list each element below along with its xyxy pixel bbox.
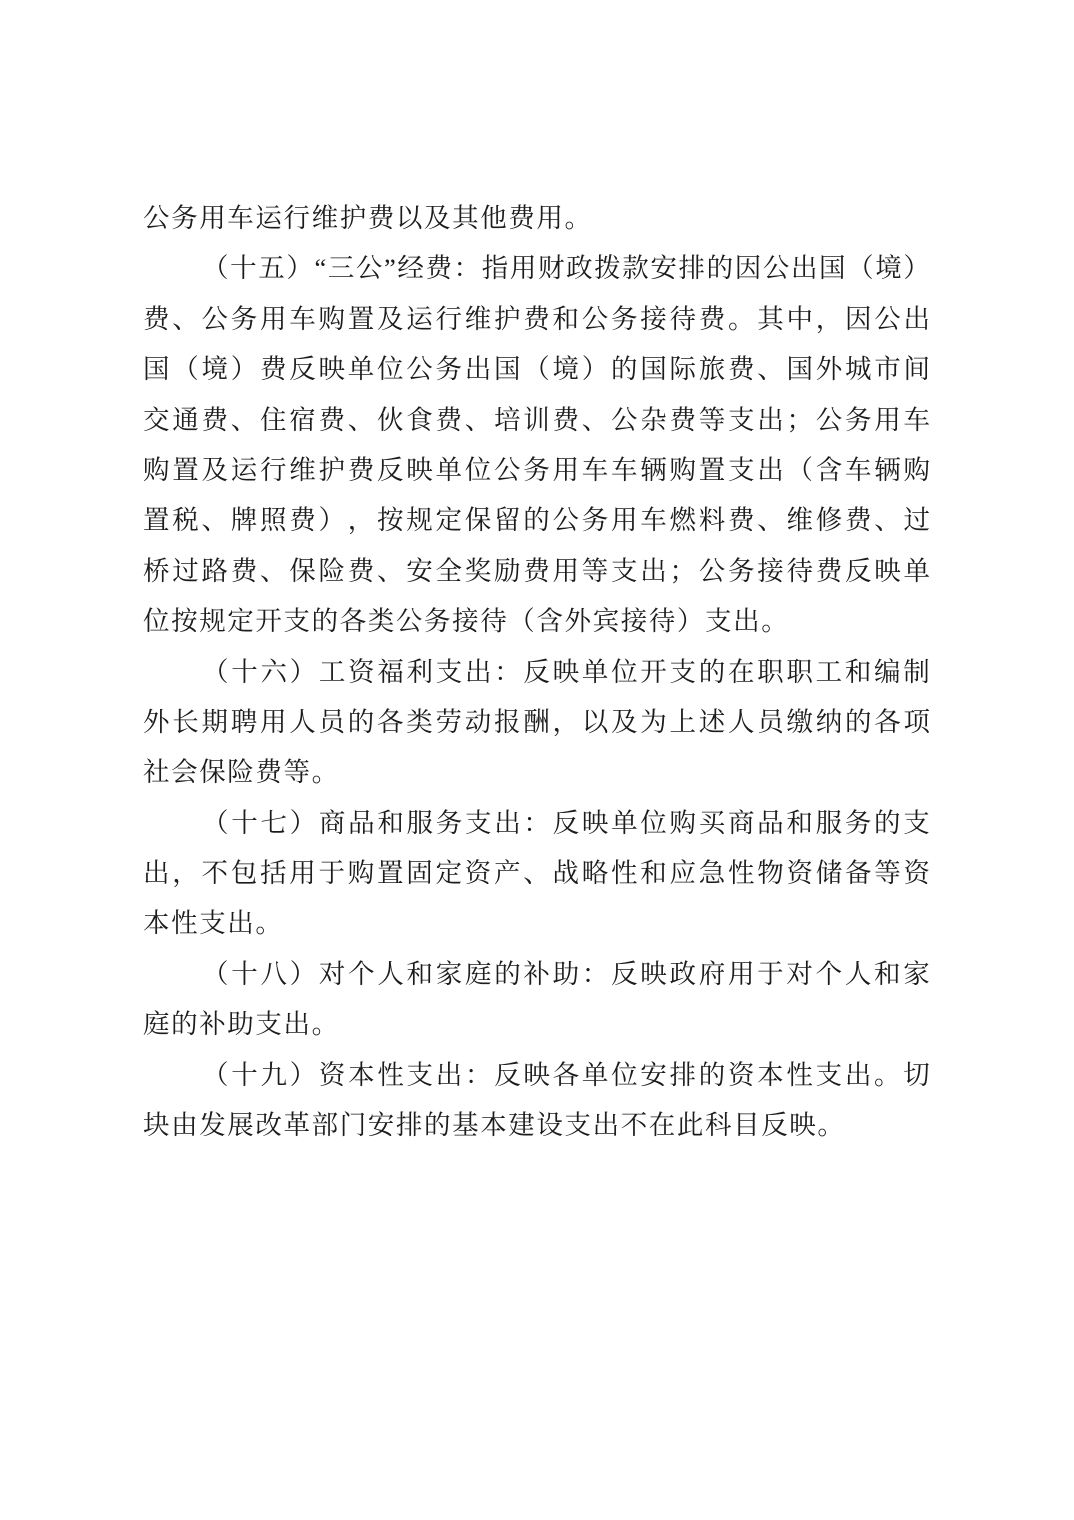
text-char: 个: [348, 949, 375, 999]
text-char: （: [172, 344, 199, 394]
text-char: 务: [436, 798, 463, 848]
text-char: 接: [757, 546, 784, 596]
text-char: 及: [611, 697, 638, 747]
text-char: ，: [553, 697, 580, 747]
text-char: （: [787, 445, 814, 495]
text-char: 、: [757, 495, 784, 545]
text-char: 反: [611, 949, 638, 999]
text-char: 购: [348, 848, 375, 898]
text-char: 护: [494, 294, 521, 344]
text-char: 反: [494, 1050, 521, 1100]
text-char: 安: [406, 546, 433, 596]
text-char: 以: [582, 697, 609, 747]
text-char: 八: [260, 949, 287, 999]
text-char: 住: [260, 395, 287, 445]
text-char: 包: [231, 848, 258, 898]
text-char: 购: [670, 798, 697, 848]
text-char: 保: [465, 495, 492, 545]
text-char: 过: [172, 546, 199, 596]
text-char: 支: [611, 546, 638, 596]
text-char: 位: [640, 798, 667, 848]
text-char: 置: [699, 445, 726, 495]
text-char: 府: [699, 949, 726, 999]
text-char: 家: [436, 949, 463, 999]
text-char: 安: [640, 1050, 667, 1100]
text-char: 出: [465, 647, 492, 697]
text-line: 交通费、住宿费、伙食费、培训费、公杂费等支出；公务用车: [143, 395, 930, 445]
text-line: 费、公务用车购置及运行维护费和公务接待费。其中，因公出: [143, 294, 930, 344]
text-char: 牌: [231, 495, 258, 545]
text-char: 用: [260, 697, 287, 747]
text-char: 应: [670, 848, 697, 898]
text-char: 长: [172, 697, 199, 747]
text-char: 用: [553, 445, 580, 495]
text-char: 、: [172, 294, 199, 344]
text-char: 期: [202, 697, 229, 747]
text-char: 费: [728, 495, 755, 545]
text-char: 奖: [465, 546, 492, 596]
text-line: 位按规定开支的各类公务接待（含外宾接待）支出。: [143, 596, 930, 646]
text-char: ，: [172, 848, 199, 898]
text-char: 费: [699, 294, 726, 344]
text-char: 单: [904, 546, 931, 596]
text-char: 用: [874, 395, 901, 445]
text-char: 不: [202, 848, 229, 898]
text-char: 聘: [231, 697, 258, 747]
text-char: 照: [260, 495, 287, 545]
text-char: 类: [406, 697, 433, 747]
text-char: 等: [699, 395, 726, 445]
text-char: 务: [611, 294, 638, 344]
text-char: 利: [407, 647, 434, 697]
text-char: 人: [845, 949, 872, 999]
text-char: 动: [465, 697, 492, 747]
text-char: 公: [582, 294, 609, 344]
text-char: ：: [494, 647, 521, 697]
text-char: 定: [436, 848, 463, 898]
text-char: ）: [290, 1050, 317, 1100]
text-char: 维: [465, 294, 492, 344]
text-char: 为: [640, 697, 667, 747]
text-char: 各: [553, 1050, 580, 1100]
text-char: 的: [699, 647, 726, 697]
text-char: 人: [728, 697, 755, 747]
text-char: 个: [816, 949, 843, 999]
text-char: 费: [523, 294, 550, 344]
text-char: 反: [553, 798, 580, 848]
text-char: 服: [407, 798, 434, 848]
text-char: 费: [436, 395, 463, 445]
text-char: 十: [231, 798, 258, 848]
text-char: 市: [874, 344, 901, 394]
text-char: 反: [289, 344, 316, 394]
text-char: 安: [650, 243, 677, 293]
text-char: 维: [289, 445, 316, 495]
text-char: 战: [553, 848, 580, 898]
text-char: 括: [260, 848, 287, 898]
text-char: 费: [553, 395, 580, 445]
text-char: 料: [699, 495, 726, 545]
text-char: 杂: [640, 395, 667, 445]
text-line: 桥过路费、保险费、安全奖励费用等支出；公务接待费反映单: [143, 546, 930, 596]
text-char: 务: [845, 395, 872, 445]
text-char: 六: [260, 647, 287, 697]
text-line: 出，不包括用于购置固定资产、战略性和应急性物资储备等资: [143, 848, 930, 898]
text-line: （十五）“三公”经费：指用财政拨款安排的因公出国（境）: [143, 243, 930, 293]
text-char: 出: [143, 848, 170, 898]
text-char: 用: [510, 243, 537, 293]
text-char: 商: [319, 798, 346, 848]
text-char: 费: [523, 546, 550, 596]
text-char: 公: [406, 344, 433, 394]
text-char: 国: [494, 344, 521, 394]
text-char: 支: [436, 647, 463, 697]
text-char: 职: [757, 647, 784, 697]
text-char: 费: [289, 495, 316, 545]
text-char: 报: [494, 697, 521, 747]
text-line: 外长期聘用人员的各类劳动报酬，以及为上述人员缴纳的各项: [143, 697, 930, 747]
text-char: 单: [611, 798, 638, 848]
text-char: 公: [816, 395, 843, 445]
text-char: 培: [494, 395, 521, 445]
text-char: 费: [728, 344, 755, 394]
text-char: 劳: [436, 697, 463, 747]
text-char: ）: [582, 344, 609, 394]
text-char: 和: [874, 949, 901, 999]
text-char: 出: [494, 798, 521, 848]
text-char: 、: [582, 395, 609, 445]
text-char: 员: [319, 697, 346, 747]
text-char: 和: [640, 848, 667, 898]
text-char: 燃: [670, 495, 697, 545]
text-char: 公: [699, 546, 726, 596]
text-char: 务: [523, 445, 550, 495]
text-line: （十八）对个人和家庭的补助：反映政府用于对个人和家: [143, 949, 930, 999]
text-char: ：: [454, 243, 481, 293]
text-char: 公: [874, 294, 901, 344]
text-char: 务: [231, 294, 258, 344]
text-char: 其: [757, 294, 784, 344]
text-char: 五: [258, 243, 285, 293]
text-char: ：: [465, 1050, 492, 1100]
text-char: 购: [670, 445, 697, 495]
text-char: 用: [611, 495, 638, 545]
text-char: 间: [904, 344, 931, 394]
text-char: 编: [874, 647, 901, 697]
text-char: （: [202, 1050, 229, 1100]
text-char: 十: [231, 1050, 258, 1100]
text-char: 和: [786, 798, 813, 848]
text-char: 、: [231, 395, 258, 445]
text-char: 十: [231, 647, 258, 697]
text-char: ）: [290, 798, 317, 848]
text-char: 务: [728, 546, 755, 596]
text-char: 。: [874, 1050, 901, 1100]
text-char: 宿: [289, 395, 316, 445]
text-char: 的: [611, 344, 638, 394]
text-char: 对: [786, 949, 813, 999]
text-char: 车: [904, 395, 931, 445]
text-char: 助: [553, 949, 580, 999]
text-char: 际: [670, 344, 697, 394]
text-char: 训: [523, 395, 550, 445]
text-char: 励: [494, 546, 521, 596]
text-char: ）: [290, 647, 317, 697]
text-char: （: [202, 798, 229, 848]
document-body: 公务用车运行维护费以及其他费用。（十五）“三公”经费：指用财政拨款安排的因公出国…: [143, 193, 930, 1150]
text-char: 维: [787, 495, 814, 545]
text-char: 资: [319, 1050, 346, 1100]
text-char: 反: [377, 445, 404, 495]
text-char: 资: [728, 1050, 755, 1100]
text-char: 置: [348, 294, 375, 344]
text-char: 略: [582, 848, 609, 898]
text-line: 国（境）费反映单位公务出国（境）的国际旅费、国外城市间: [143, 344, 930, 394]
text-char: 的: [845, 697, 872, 747]
text-line: （十七）商品和服务支出：反映单位购买商品和服务的支: [143, 798, 930, 848]
text-char: 支: [407, 1050, 434, 1100]
text-char: 反: [845, 546, 872, 596]
text-char: 出: [904, 294, 931, 344]
text-char: 费: [231, 546, 258, 596]
text-char: 费: [143, 294, 170, 344]
text-char: 用: [260, 294, 287, 344]
text-char: 映: [406, 445, 433, 495]
text-char: 中: [787, 294, 814, 344]
text-char: 对: [319, 949, 346, 999]
text-char: 务: [845, 798, 872, 848]
text-char: 通: [172, 395, 199, 445]
text-char: 费: [319, 395, 346, 445]
text-char: 费: [348, 546, 375, 596]
text-char: 补: [523, 949, 550, 999]
text-char: 性: [728, 848, 755, 898]
text-char: 规: [406, 495, 433, 545]
text-char: 车: [611, 445, 638, 495]
text-char: 急: [699, 848, 726, 898]
text-char: 购: [143, 445, 170, 495]
text-char: 等: [874, 848, 901, 898]
text-char: （: [523, 344, 550, 394]
text-char: 、: [465, 395, 492, 445]
text-char: 家: [903, 949, 930, 999]
text-char: 十: [231, 949, 258, 999]
text-line: 置税、牌照费），按规定保留的公务用车燃料费、维修费、过: [143, 495, 930, 545]
text-char: 各: [874, 697, 901, 747]
text-char: 和: [407, 949, 434, 999]
text-char: 工: [816, 647, 843, 697]
text-char: 的: [523, 495, 550, 545]
text-char: 职: [786, 647, 813, 697]
text-char: 政: [566, 243, 593, 293]
text-char: 置: [143, 495, 170, 545]
text-char: 出: [757, 395, 784, 445]
text-char: 十: [230, 243, 257, 293]
text-char: 映: [319, 344, 346, 394]
text-line: 庭的补助支出。: [143, 999, 930, 1049]
text-char: 支: [816, 1050, 843, 1100]
text-char: 行: [260, 445, 287, 495]
text-char: 务: [436, 344, 463, 394]
text-char: 资: [904, 848, 931, 898]
text-char: 境: [553, 344, 580, 394]
text-char: 在: [728, 647, 755, 697]
text-char: 、: [260, 546, 287, 596]
text-char: 用: [728, 949, 755, 999]
text-char: 出: [845, 1050, 872, 1100]
text-char: 国: [787, 344, 814, 394]
text-char: 保: [289, 546, 316, 596]
text-char: 福: [377, 647, 404, 697]
text-char: 指: [482, 243, 509, 293]
text-char: 切: [903, 1050, 930, 1100]
text-char: 固: [406, 848, 433, 898]
text-char: 排: [670, 1050, 697, 1100]
text-char: 支: [728, 395, 755, 445]
text-char: 和: [553, 294, 580, 344]
text-char: 外: [816, 344, 843, 394]
text-char: 险: [319, 546, 346, 596]
text-char: 位: [465, 445, 492, 495]
text-char: 单: [582, 1050, 609, 1100]
text-char: 酬: [523, 697, 550, 747]
text-char: 购: [319, 294, 346, 344]
text-char: 本: [348, 1050, 375, 1100]
text-char: 性: [377, 1050, 404, 1100]
text-char: 桥: [143, 546, 170, 596]
text-char: 的: [494, 949, 521, 999]
text-line: 公务用车运行维护费以及其他费用。: [143, 193, 930, 243]
text-char: 庭: [465, 949, 492, 999]
text-char: 、: [523, 848, 550, 898]
text-char: ；: [670, 546, 697, 596]
text-char: （: [847, 243, 874, 293]
text-char: 映: [523, 1050, 550, 1100]
text-char: 购: [904, 445, 931, 495]
text-char: 按: [377, 495, 404, 545]
text-char: 和: [377, 798, 404, 848]
text-char: 车: [640, 495, 667, 545]
text-char: 出: [436, 1050, 463, 1100]
text-char: 出: [465, 344, 492, 394]
text-char: 待: [787, 546, 814, 596]
text-char: 产: [494, 848, 521, 898]
text-line: 购置及运行维护费反映单位公务用车车辆购置支出（含车辆购: [143, 445, 930, 495]
text-char: 运: [231, 445, 258, 495]
text-char: 境: [202, 344, 229, 394]
text-char: 留: [494, 495, 521, 545]
text-char: 款: [622, 243, 649, 293]
text-char: 拨: [594, 243, 621, 293]
text-char: 财: [538, 243, 565, 293]
text-char: 支: [465, 798, 492, 848]
text-char: 过: [904, 495, 931, 545]
text-char: 车: [289, 294, 316, 344]
text-char: 上: [670, 697, 697, 747]
text-char: 本: [757, 1050, 784, 1100]
text-char: 、: [348, 395, 375, 445]
text-char: 缴: [787, 697, 814, 747]
text-char: 务: [582, 495, 609, 545]
text-char: 车: [845, 445, 872, 495]
text-char: 公: [202, 294, 229, 344]
text-char: 资: [787, 848, 814, 898]
text-char: 出: [640, 546, 667, 596]
text-char: 反: [523, 647, 550, 697]
text-char: 性: [786, 1050, 813, 1100]
text-char: 费: [670, 395, 697, 445]
text-char: 支: [728, 445, 755, 495]
text-char: 于: [319, 848, 346, 898]
text-char: 资: [465, 848, 492, 898]
text-char: 旅: [699, 344, 726, 394]
text-char: ：: [582, 949, 609, 999]
text-char: 性: [611, 848, 638, 898]
text-char: 城: [845, 344, 872, 394]
text-char: 的: [348, 697, 375, 747]
text-char: 、: [757, 344, 784, 394]
text-char: 费: [426, 243, 453, 293]
text-char: 人: [289, 697, 316, 747]
text-char: 国: [143, 344, 170, 394]
text-char: 费: [202, 395, 229, 445]
text-char: 护: [319, 445, 346, 495]
text-char: 车: [582, 445, 609, 495]
text-char: 资: [348, 647, 375, 697]
text-char: 商: [728, 798, 755, 848]
text-char: 映: [553, 647, 580, 697]
text-char: ）: [231, 344, 258, 394]
text-char: 人: [377, 949, 404, 999]
text-char: 买: [699, 798, 726, 848]
text-char: （: [202, 243, 229, 293]
text-char: 物: [757, 848, 784, 898]
text-char: 接: [640, 294, 667, 344]
text-char: 位: [377, 344, 404, 394]
text-char: 国: [819, 243, 846, 293]
text-char: 等: [582, 546, 609, 596]
text-char: （: [202, 647, 229, 697]
text-char: 述: [699, 697, 726, 747]
text-char: 食: [406, 395, 433, 445]
text-char: 因: [735, 243, 762, 293]
text-char: 单: [436, 445, 463, 495]
text-char: 国: [640, 344, 667, 394]
text-char: 。: [728, 294, 755, 344]
text-char: 的: [707, 243, 734, 293]
text-char: 七: [260, 798, 287, 848]
text-line: （十六）工资福利支出：反映单位开支的在职职工和编制: [143, 647, 930, 697]
text-char: 修: [816, 495, 843, 545]
text-char: 公: [763, 243, 790, 293]
text-char: 辆: [874, 445, 901, 495]
text-char: 纳: [816, 697, 843, 747]
text-char: 伙: [377, 395, 404, 445]
text-char: 单: [348, 344, 375, 394]
text-char: 经: [397, 243, 424, 293]
text-line: （十九）资本性支出：反映各单位安排的资本性支出。切: [143, 1050, 930, 1100]
text-char: 置: [377, 848, 404, 898]
text-char: 、: [874, 495, 901, 545]
text-char: ；: [787, 395, 814, 445]
text-char: 位: [611, 1050, 638, 1100]
text-char: 和: [845, 647, 872, 697]
text-char: ）: [319, 495, 346, 545]
text-char: “: [314, 243, 326, 293]
text-char: 制: [903, 647, 930, 697]
document-page: 公务用车运行维护费以及其他费用。（十五）“三公”经费：指用财政拨款安排的因公出国…: [0, 0, 1074, 1520]
text-char: 服: [816, 798, 843, 848]
